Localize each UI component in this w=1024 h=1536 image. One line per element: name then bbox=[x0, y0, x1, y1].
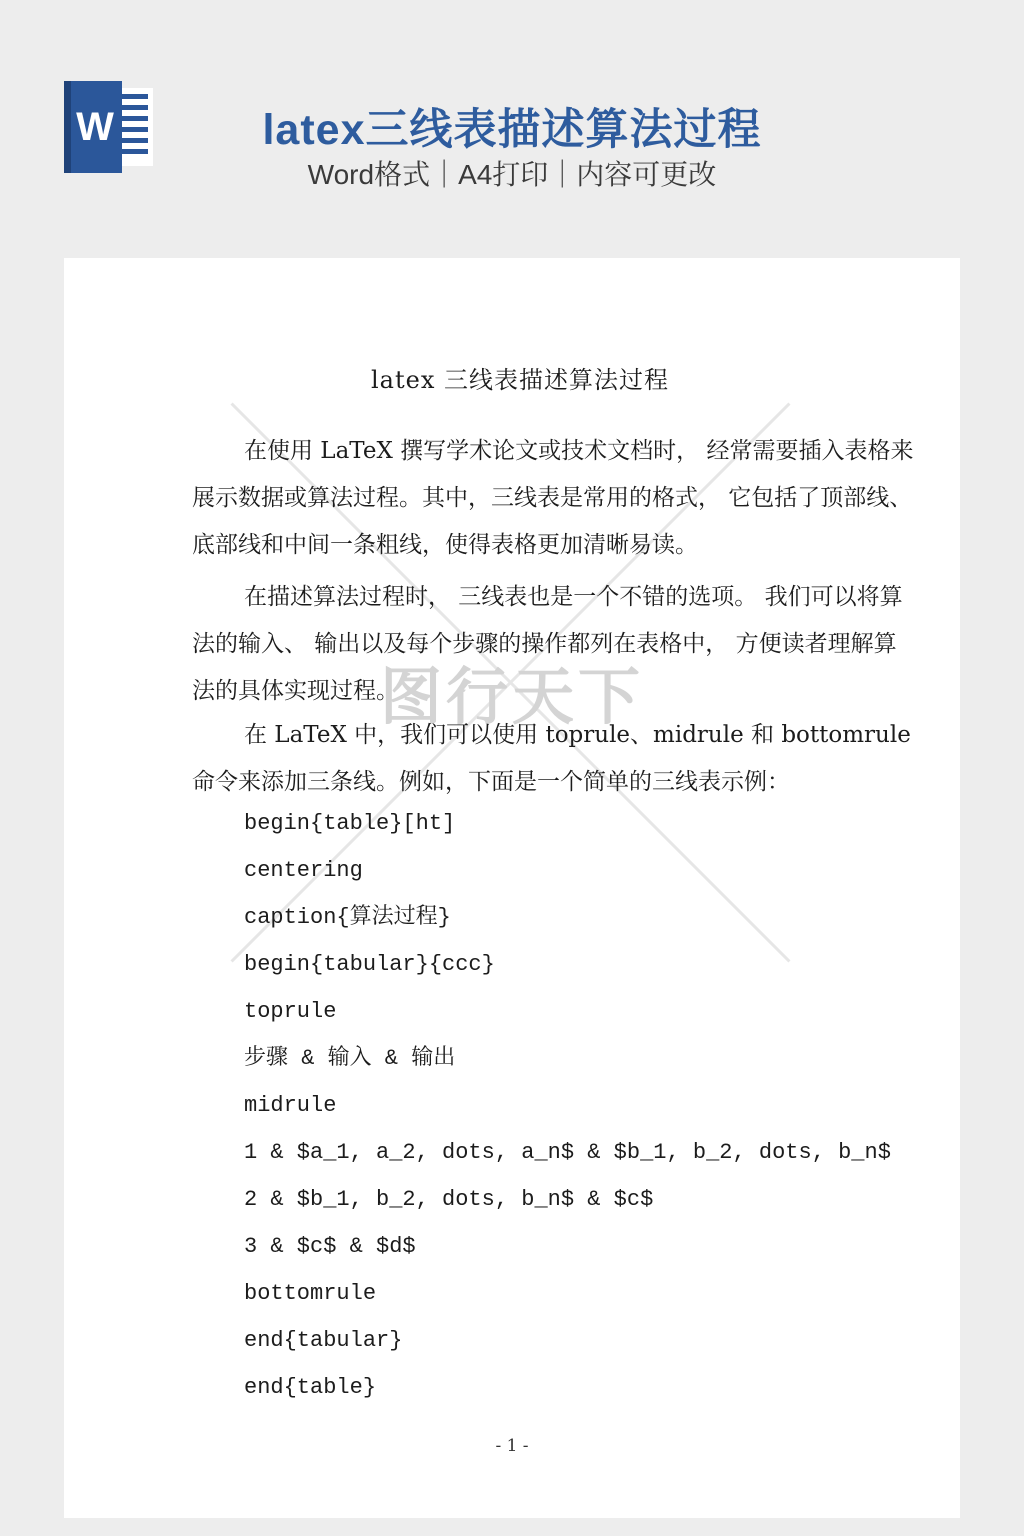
code-line: begin{table}[ht] bbox=[192, 800, 848, 847]
text-line: 在 LaTeX 中，我们可以使用 toprule、midrule 和 botto… bbox=[192, 712, 848, 759]
code-line: bottomrule bbox=[192, 1270, 848, 1317]
document-content: latex 三线表描述算法过程 在使用 LaTeX 撰写学术论文或技术文档时， … bbox=[192, 258, 848, 1411]
code-line: 步骤 & 输入 & 输出 bbox=[192, 1035, 848, 1082]
document-title: latex 三线表描述算法过程 bbox=[192, 357, 848, 404]
body-paragraphs: 在使用 LaTeX 撰写学术论文或技术文档时， 经常需要插入表格来展示数据或算法… bbox=[192, 428, 848, 806]
code-line: toprule bbox=[192, 988, 848, 1035]
paragraph: 在使用 LaTeX 撰写学术论文或技术文档时， 经常需要插入表格来展示数据或算法… bbox=[192, 428, 848, 569]
code-line: midrule bbox=[192, 1082, 848, 1129]
text-line: 在使用 LaTeX 撰写学术论文或技术文档时， 经常需要插入表格来 bbox=[192, 428, 848, 475]
text-line: 底部线和中间一条粗线，使得表格更加清晰易读。 bbox=[192, 522, 848, 569]
text-line: 法的具体实现过程。 bbox=[192, 668, 848, 715]
code-line: 3 & $c$ & $d$ bbox=[192, 1223, 848, 1270]
preview-header: W latex三线表描述算法过程 Word格式｜A4打印｜内容可更改 bbox=[0, 0, 1024, 258]
text-line: 在描述算法过程时， 三线表也是一个不错的选项。 我们可以将算 bbox=[192, 574, 848, 621]
text-line: 命令来添加三条线。例如，下面是一个简单的三线表示例： bbox=[192, 759, 848, 806]
code-line: begin{tabular}{ccc} bbox=[192, 941, 848, 988]
page-title: latex三线表描述算法过程 bbox=[0, 96, 1024, 157]
document-page: 图行天下 latex 三线表描述算法过程 在使用 LaTeX 撰写学术论文或技术… bbox=[64, 258, 960, 1518]
page-subtitle: Word格式｜A4打印｜内容可更改 bbox=[0, 153, 1024, 193]
code-line: 1 & $a_1, a_2, dots, a_n$ & $b_1, b_2, d… bbox=[192, 1129, 848, 1176]
code-line: caption{算法过程} bbox=[192, 894, 848, 941]
code-line: end{table} bbox=[192, 1364, 848, 1411]
paragraph: 在 LaTeX 中，我们可以使用 toprule、midrule 和 botto… bbox=[192, 712, 848, 806]
page-number: - 1 - bbox=[64, 1436, 960, 1456]
code-line: centering bbox=[192, 847, 848, 894]
code-block: begin{table}[ht]centeringcaption{算法过程}be… bbox=[192, 800, 848, 1411]
text-line: 法的输入、 输出以及每个步骤的操作都列在表格中， 方便读者理解算 bbox=[192, 621, 848, 668]
paragraph: 在描述算法过程时， 三线表也是一个不错的选项。 我们可以将算法的输入、 输出以及… bbox=[192, 574, 848, 715]
text-line: 展示数据或算法过程。其中，三线表是常用的格式， 它包括了顶部线、 bbox=[192, 475, 848, 522]
code-line: 2 & $b_1, b_2, dots, b_n$ & $c$ bbox=[192, 1176, 848, 1223]
code-line: end{tabular} bbox=[192, 1317, 848, 1364]
